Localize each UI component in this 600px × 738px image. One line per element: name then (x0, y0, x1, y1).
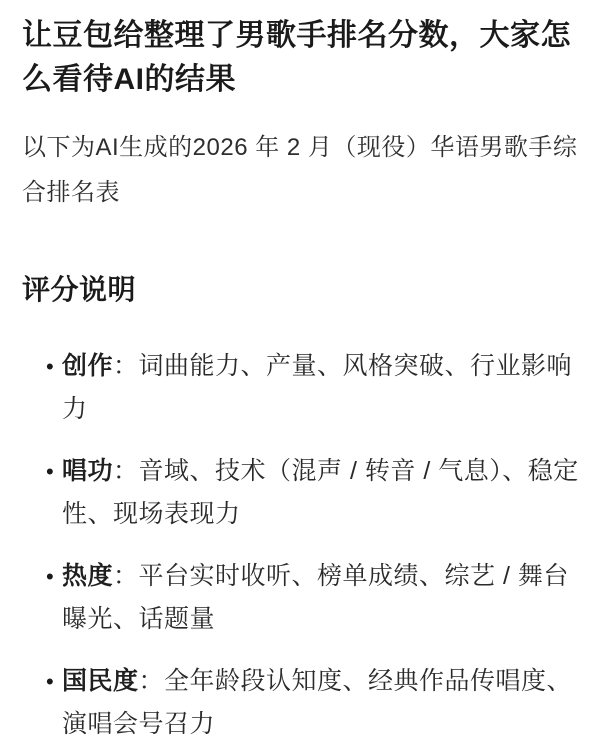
section-heading: 评分说明 (22, 270, 582, 309)
list-item-text: 热度：平台实时收听、榜单成绩、综艺 / 舞台曝光、话题量 (62, 555, 582, 641)
criterion-desc: 平台实时收听、榜单成绩、综艺 / 舞台曝光、话题量 (62, 562, 569, 633)
criterion-colon: ： (139, 667, 165, 695)
bullet-icon: • (46, 660, 62, 703)
bullet-icon: • (46, 555, 62, 598)
criteria-list: • 创作：词曲能力、产量、风格突破、行业影响力 • 唱功：音域、技术（混声 / … (22, 345, 582, 738)
list-item-text: 唱功：音域、技术（混声 / 转音 / 气息）、稳定性、现场表现力 (62, 450, 582, 536)
criterion-term: 创作 (62, 352, 113, 380)
list-item-creation: • 创作：词曲能力、产量、风格突破、行业影响力 (46, 345, 582, 431)
bullet-icon: • (46, 450, 62, 493)
list-item-national-recognition: • 国民度：全年龄段认知度、经典作品传唱度、演唱会号召力 (46, 660, 582, 738)
criterion-term: 国民度 (62, 667, 139, 695)
list-item-vocal: • 唱功：音域、技术（混声 / 转音 / 气息）、稳定性、现场表现力 (46, 450, 582, 536)
criterion-desc: 词曲能力、产量、风格突破、行业影响力 (62, 352, 572, 423)
criterion-colon: ： (113, 457, 139, 485)
criterion-desc: 音域、技术（混声 / 转音 / 气息）、稳定性、现场表现力 (62, 457, 579, 528)
post-title: 让豆包给整理了男歌手排名分数，大家怎么看待AI的结果 (22, 14, 582, 102)
criterion-colon: ： (113, 352, 139, 380)
criterion-term: 热度 (62, 562, 113, 590)
bullet-icon: • (46, 345, 62, 388)
criterion-term: 唱功 (62, 457, 113, 485)
criterion-colon: ： (113, 562, 139, 590)
list-item-popularity: • 热度：平台实时收听、榜单成绩、综艺 / 舞台曝光、话题量 (46, 555, 582, 641)
post-intro: 以下为AI生成的2026 年 2 月（现役）华语男歌手综合排名表 (22, 125, 582, 215)
post-page: 让豆包给整理了男歌手排名分数，大家怎么看待AI的结果 以下为AI生成的2026 … (0, 0, 600, 738)
list-item-text: 创作：词曲能力、产量、风格突破、行业影响力 (62, 345, 582, 431)
list-item-text: 国民度：全年龄段认知度、经典作品传唱度、演唱会号召力 (62, 660, 582, 738)
